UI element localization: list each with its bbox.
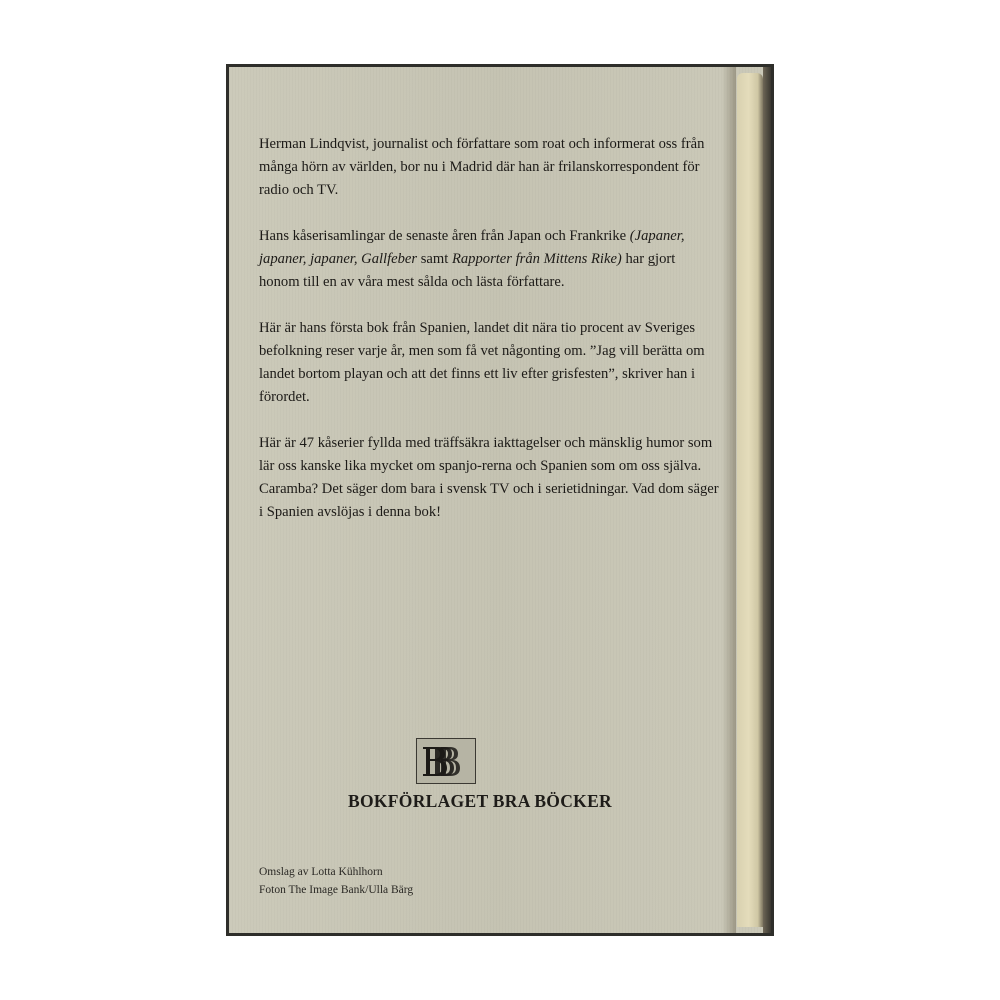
blurb-text-segment: Hans kåserisamlingar de senaste åren frå… [259,228,630,244]
blurb-text: Herman Lindqvist, journalist och författ… [259,133,719,547]
spine-edge [763,67,771,933]
blurb-text-segment: samt [417,251,452,267]
blurb-paragraph: Här är 47 kåserier fyllda med träffsäkra… [259,432,719,524]
book-back-cover: Herman Lindqvist, journalist och författ… [226,64,774,936]
bbb-publisher-logo-icon [416,738,476,784]
cover-credits: Omslag av Lotta Kühlhorn Foton The Image… [259,863,413,899]
book-title-reference: Rapporter från Mittens Rike) [452,251,622,267]
blurb-paragraph: Herman Lindqvist, journalist och författ… [259,133,719,202]
blurb-text-segment: Här är 47 kåserier fyllda med träffsäkra… [259,435,719,520]
publisher-name: BOKFÖRLAGET BRA BÖCKER [229,791,731,812]
photo-credit: Foton The Image Bank/Ulla Bärg [259,881,413,899]
book-spine [737,73,763,927]
blurb-text-segment: Herman Lindqvist, journalist och författ… [259,136,704,198]
blurb-text-segment: Här är hans första bok från Spanien, lan… [259,320,705,405]
cover-design-credit: Omslag av Lotta Kühlhorn [259,863,413,881]
blurb-paragraph: Här är hans första bok från Spanien, lan… [259,317,719,409]
blurb-paragraph: Hans kåserisamlingar de senaste åren frå… [259,225,719,294]
